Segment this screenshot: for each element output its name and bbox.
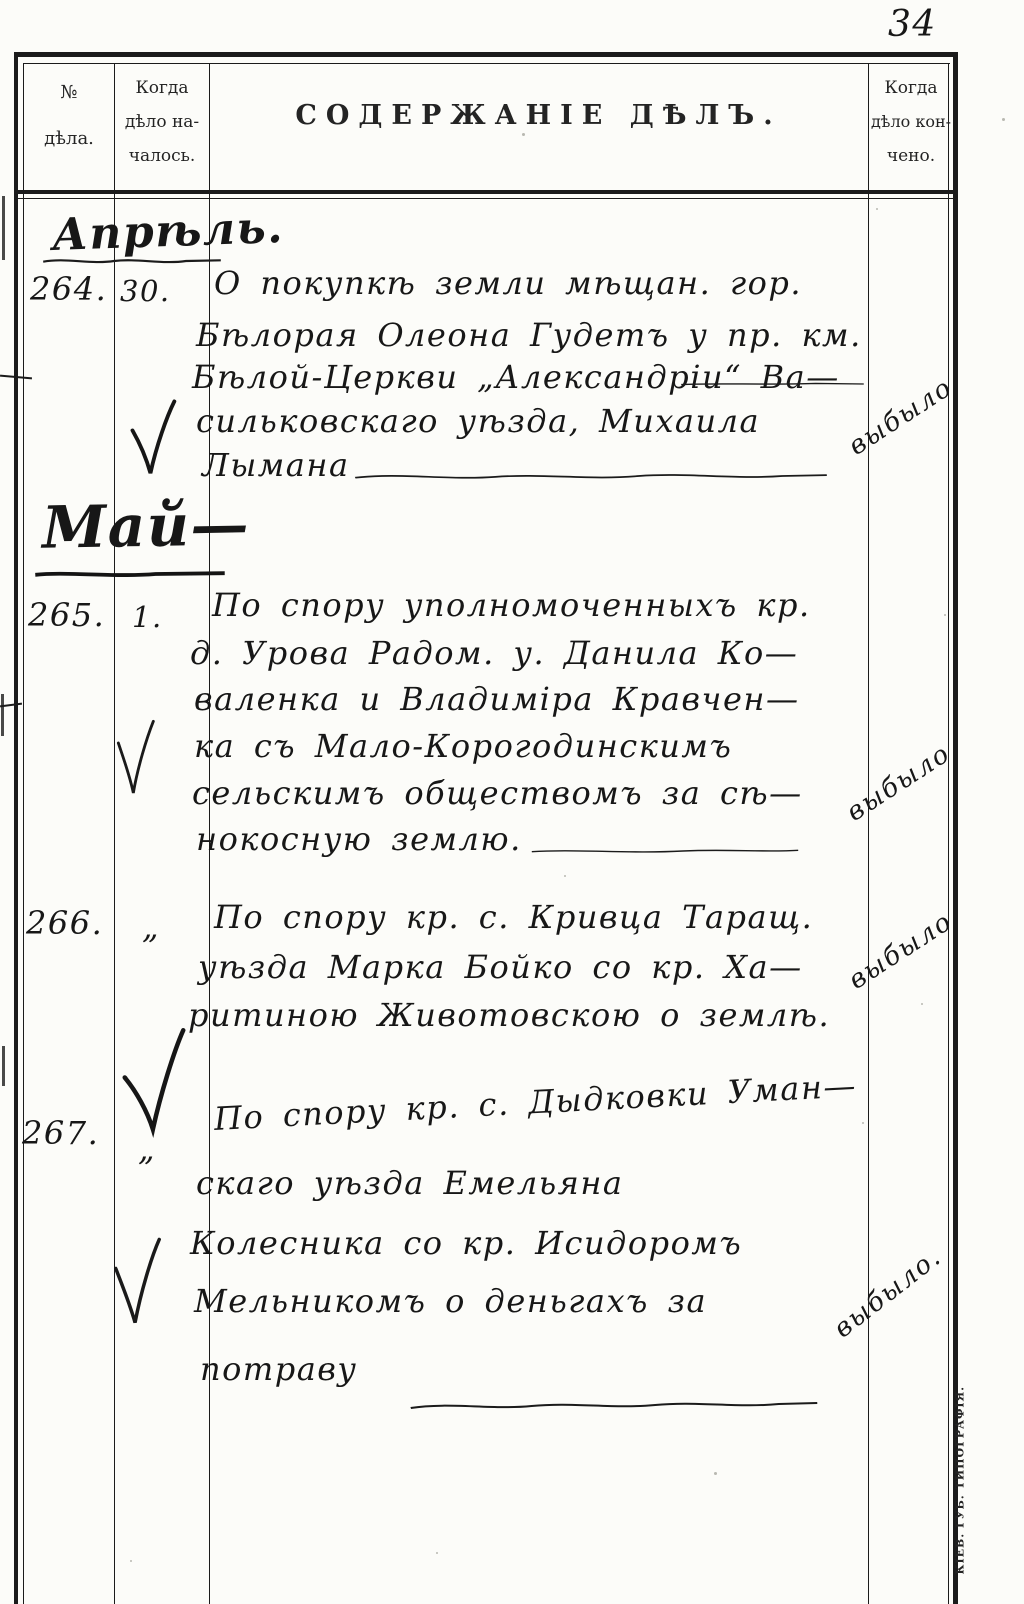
table-border-top-inner — [23, 63, 950, 64]
paper-speck — [1002, 118, 1005, 121]
month-underline — [34, 568, 226, 580]
entry-265-line-3: валенка и Владиміра Кравчен— — [194, 680, 799, 718]
edge-artifact — [2, 196, 5, 260]
entry-264-number: 264. — [30, 270, 107, 308]
entry-267-line-1: По спору кр. с. Дыдковки Уман— — [213, 1066, 858, 1138]
check-icon — [122, 398, 184, 480]
entry-265-resolution: выбыло — [841, 738, 956, 827]
header-finished-line2: дѣло кон- — [869, 112, 953, 131]
ledger-scan-page: 34 № дѣла. Когда дѣло на- чалось. СОДЕРЖ… — [0, 0, 1024, 1604]
entry-267-number: 267. — [22, 1114, 99, 1152]
entry-264-line-4: сильковскаго уѣзда, Михаила — [196, 402, 760, 440]
entry-265-line-6: нокосную землю. — [196, 820, 522, 858]
entry-267-resolution: выбыло. — [828, 1242, 947, 1344]
paper-speck — [522, 133, 525, 136]
header-started-line2: дѣло на- — [115, 112, 209, 132]
trailing-rule-line — [352, 470, 830, 482]
paper-speck — [862, 1122, 864, 1124]
month-heading-april: Апрѣль. — [51, 202, 284, 261]
check-icon — [116, 1028, 192, 1136]
entry-264-line-2: Бѣлорая Олеона Гудетъ у пр. км. — [196, 316, 862, 354]
paper-speck — [130, 1560, 132, 1562]
table-border-top-outer — [14, 52, 958, 57]
edge-artifact — [2, 1046, 5, 1086]
header-separator-thick — [14, 190, 958, 194]
entry-264-date: 30. — [120, 274, 171, 308]
page-number: 34 — [888, 4, 937, 45]
header-started-line1: Когда — [115, 78, 209, 98]
trailing-rule-line — [530, 846, 800, 856]
entry-265-line-4: ка съ Мало-Корогодинскимъ — [194, 727, 732, 765]
entry-266-line-1: По спору кр. с. Кривца Таращ. — [214, 898, 813, 936]
paper-speck — [714, 1472, 717, 1475]
column-divider-1 — [114, 63, 115, 1604]
month-heading-may: Май— — [41, 490, 250, 562]
check-icon — [110, 706, 160, 810]
check-icon — [108, 1226, 166, 1338]
edge-artifact — [1, 694, 4, 736]
entry-264-line-5: Лымана — [202, 446, 350, 484]
entry-265-number: 265. — [28, 596, 105, 634]
entry-264-line-3: Бѣлой-Церкви „Александріи“ Ва— — [192, 358, 840, 396]
entry-266-resolution: выбыло — [843, 906, 958, 995]
entry-266-number: 266. — [26, 904, 103, 942]
header-finished-line3: чено. — [869, 146, 953, 166]
paper-speck — [564, 875, 566, 877]
entry-265-line-2: д. Урова Радом. у. Данила Ко— — [190, 634, 798, 672]
entry-266-line-3: ритиною Животовскою о землѣ. — [188, 996, 830, 1034]
header-started-line3: чалось. — [115, 146, 209, 166]
table-border-left-outer — [14, 52, 18, 1604]
paper-speck — [921, 1003, 923, 1005]
paper-speck — [876, 208, 878, 210]
entry-265-date: 1. — [132, 600, 163, 634]
header-contents-title: СОДЕРЖАНІЕ ДѢЛЪ. — [209, 100, 868, 131]
entry-267-line-3: Колесника со кр. Исидоромъ — [190, 1224, 742, 1262]
header-case-number-line1: № — [24, 82, 114, 103]
header-separator-thin — [14, 198, 958, 199]
header-finished-line1: Когда — [869, 78, 953, 98]
table-border-right-inner — [948, 63, 949, 1604]
entry-264-line-1: О покупкѣ земли мѣщан. гор. — [214, 264, 802, 302]
trailing-rule-line — [680, 380, 865, 388]
entry-266-line-2: уѣзда Марка Бойко со кр. Ха— — [198, 948, 803, 986]
header-case-number-line2: дѣла. — [24, 128, 114, 149]
entry-267-line-5: потраву — [200, 1350, 357, 1388]
entry-267-date: „ — [138, 1130, 156, 1168]
entry-265-line-1: По спору уполномоченныхъ кр. — [212, 586, 811, 624]
entry-267-line-4: Мельникомъ о деньгахъ за — [194, 1282, 707, 1320]
month-underline — [42, 256, 222, 266]
column-divider-3 — [868, 63, 869, 1604]
trailing-rule-line — [408, 1398, 820, 1412]
paper-speck — [944, 614, 946, 616]
entry-267-line-2: скаго уѣзда Емельяна — [196, 1164, 623, 1202]
table-border-right-outer — [953, 52, 958, 1604]
entry-266-date: „ — [142, 908, 160, 946]
printer-imprint: КІЕВ. ГУБ. ТИПОГРАФІЯ. — [954, 1415, 967, 1575]
paper-speck — [436, 1552, 438, 1554]
table-border-left-inner — [23, 63, 24, 1604]
entry-265-line-5: сельскимъ обществомъ за сѣ— — [192, 774, 803, 812]
